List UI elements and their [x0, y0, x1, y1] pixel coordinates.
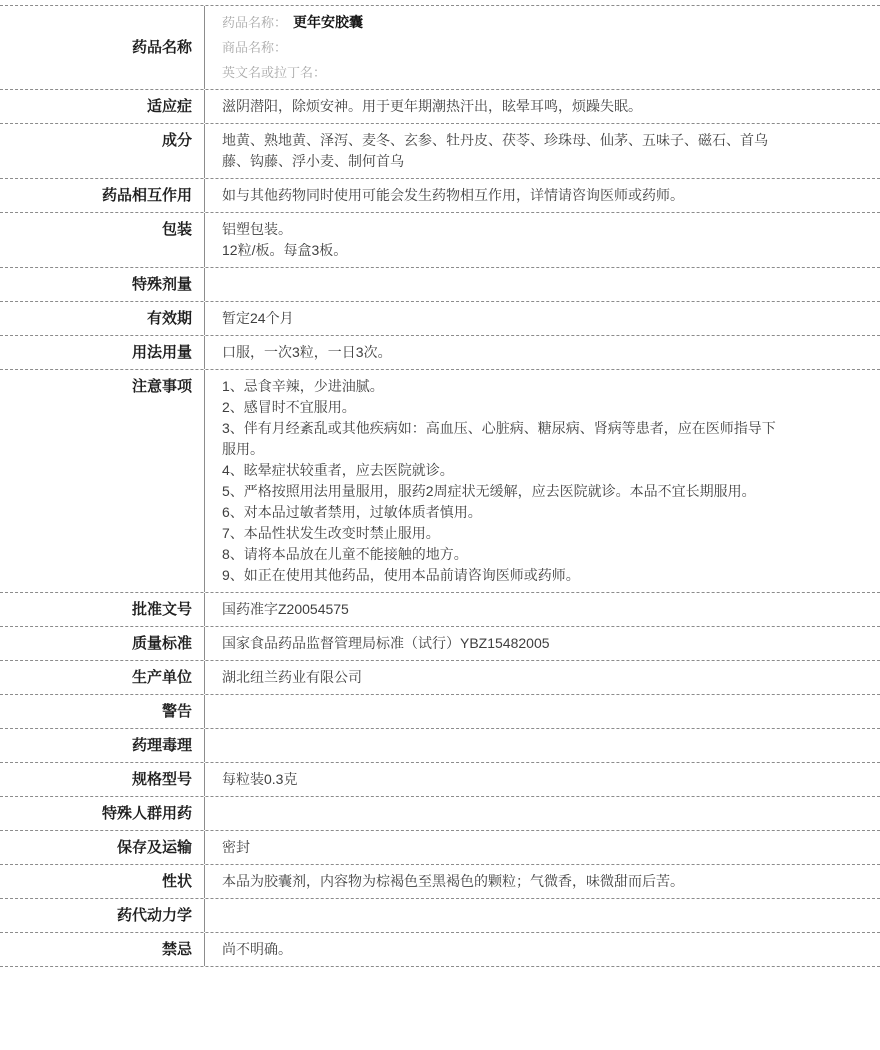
- row-label: 药品名称: [0, 6, 205, 89]
- table-row: 生产单位 湖北纽兰药业有限公司: [0, 661, 880, 695]
- row-label: 药理毒理: [0, 729, 205, 762]
- value-line: 2、感冒时不宜服用。: [222, 397, 787, 418]
- row-label: 注意事项: [0, 370, 205, 592]
- row-label: 批准文号: [0, 593, 205, 626]
- value-line: 5、严格按照用法用量服用，服药2周症状无缓解，应去医院就诊。本品不宜长期服用。: [222, 481, 787, 502]
- row-label: 药代动力学: [0, 899, 205, 932]
- value-line: 4、眩晕症状较重者，应去医院就诊。: [222, 460, 787, 481]
- name-sub-field-label: 商品名称：: [222, 40, 287, 55]
- table-row: 适应症 滋阴潜阳，除烦安神。用于更年期潮热汗出，眩晕耳鸣，烦躁失眠。: [0, 90, 880, 124]
- table-row: 用法用量 口服，一次3粒，一日3次。: [0, 336, 880, 370]
- table-row: 特殊剂量: [0, 268, 880, 302]
- value-line: 9、如正在使用其他药品，使用本品前请咨询医师或药师。: [222, 565, 787, 586]
- row-label: 性状: [0, 865, 205, 898]
- table-row: 保存及运输 密封: [0, 831, 880, 865]
- value-line: 本品为胶囊剂，内容物为棕褐色至黑褐色的颗粒；气微香，味微甜而后苦。: [222, 871, 787, 892]
- value-line: 1、忌食辛辣，少进油腻。: [222, 376, 787, 397]
- value-line: 地黄、熟地黄、泽泻、麦冬、玄参、牡丹皮、茯苓、珍珠母、仙茅、五味子、磁石、首乌藤…: [222, 130, 787, 172]
- row-value: 如与其他药物同时使用可能会发生药物相互作用，详情请咨询医师或药师。: [205, 179, 880, 212]
- row-value: 国家食品药品监督管理局标准（试行）YBZ15482005: [205, 627, 880, 660]
- row-label: 特殊人群用药: [0, 797, 205, 830]
- table-row: 批准文号 国药准字Z20054575: [0, 593, 880, 627]
- value-line: 滋阴潜阳，除烦安神。用于更年期潮热汗出，眩晕耳鸣，烦躁失眠。: [222, 96, 787, 117]
- value-line: 国家食品药品监督管理局标准（试行）YBZ15482005: [222, 633, 787, 654]
- row-label: 用法用量: [0, 336, 205, 369]
- value-line: 如与其他药物同时使用可能会发生药物相互作用，详情请咨询医师或药师。: [222, 185, 787, 206]
- row-label: 警告: [0, 695, 205, 728]
- table-row: 成分 地黄、熟地黄、泽泻、麦冬、玄参、牡丹皮、茯苓、珍珠母、仙茅、五味子、磁石、…: [0, 124, 880, 179]
- value-line: 每粒装0.3克: [222, 769, 787, 790]
- row-label: 成分: [0, 124, 205, 178]
- value-line: 12粒/板。每盒3板。: [222, 240, 787, 261]
- row-value: [205, 268, 880, 301]
- row-value: 密封: [205, 831, 880, 864]
- value-line: 尚不明确。: [222, 939, 787, 960]
- name-sub-field: 商品名称：: [222, 35, 787, 60]
- row-value: 本品为胶囊剂，内容物为棕褐色至黑褐色的颗粒；气微香，味微甜而后苦。: [205, 865, 880, 898]
- value-line: 8、请将本品放在儿童不能接触的地方。: [222, 544, 787, 565]
- row-value: 国药准字Z20054575: [205, 593, 880, 626]
- table-row: 药品相互作用 如与其他药物同时使用可能会发生药物相互作用，详情请咨询医师或药师。: [0, 179, 880, 213]
- row-value: 药品名称：更年安胶囊 商品名称： 英文名或拉丁名：: [205, 6, 880, 89]
- value-line: 3、伴有月经紊乱或其他疾病如：高血压、心脏病、糖尿病、肾病等患者，应在医师指导下…: [222, 418, 787, 460]
- row-value: [205, 729, 880, 762]
- row-value: 湖北纽兰药业有限公司: [205, 661, 880, 694]
- table-row: 包装 铝塑包装。 12粒/板。每盒3板。: [0, 213, 880, 268]
- drug-name-row: 药品名称 药品名称：更年安胶囊 商品名称： 英文名或拉丁名：: [0, 6, 880, 90]
- drug-info-table: 药品名称 药品名称：更年安胶囊 商品名称： 英文名或拉丁名： 适应症 滋阴潜阳，…: [0, 5, 880, 967]
- row-label: 药品相互作用: [0, 179, 205, 212]
- value-line: 暂定24个月: [222, 308, 787, 329]
- row-value: 铝塑包装。 12粒/板。每盒3板。: [205, 213, 880, 267]
- value-line: 密封: [222, 837, 787, 858]
- row-label: 有效期: [0, 302, 205, 335]
- table-row: 性状 本品为胶囊剂，内容物为棕褐色至黑褐色的颗粒；气微香，味微甜而后苦。: [0, 865, 880, 899]
- row-value: [205, 695, 880, 728]
- value-line: 7、本品性状发生改变时禁止服用。: [222, 523, 787, 544]
- row-label: 禁忌: [0, 933, 205, 966]
- row-value: [205, 899, 880, 932]
- table-row: 质量标准 国家食品药品监督管理局标准（试行）YBZ15482005: [0, 627, 880, 661]
- row-value: 暂定24个月: [205, 302, 880, 335]
- row-value: 口服，一次3粒，一日3次。: [205, 336, 880, 369]
- table-row: 特殊人群用药: [0, 797, 880, 831]
- table-row: 警告: [0, 695, 880, 729]
- table-row: 有效期 暂定24个月: [0, 302, 880, 336]
- table-row: 药代动力学: [0, 899, 880, 933]
- row-label: 保存及运输: [0, 831, 205, 864]
- row-value: 尚不明确。: [205, 933, 880, 966]
- table-row: 禁忌 尚不明确。: [0, 933, 880, 967]
- name-sub-field: 英文名或拉丁名：: [222, 60, 787, 85]
- name-sub-field-label: 药品名称：: [222, 15, 287, 30]
- row-label: 特殊剂量: [0, 268, 205, 301]
- row-value: 1、忌食辛辣，少进油腻。 2、感冒时不宜服用。 3、伴有月经紊乱或其他疾病如：高…: [205, 370, 880, 592]
- row-value: 滋阴潜阳，除烦安神。用于更年期潮热汗出，眩晕耳鸣，烦躁失眠。: [205, 90, 880, 123]
- row-label: 规格型号: [0, 763, 205, 796]
- row-label: 适应症: [0, 90, 205, 123]
- row-value: 地黄、熟地黄、泽泻、麦冬、玄参、牡丹皮、茯苓、珍珠母、仙茅、五味子、磁石、首乌藤…: [205, 124, 880, 178]
- row-value: 每粒装0.3克: [205, 763, 880, 796]
- value-line: 口服，一次3粒，一日3次。: [222, 342, 787, 363]
- name-sub-field-value: 更年安胶囊: [293, 14, 363, 30]
- value-line: 湖北纽兰药业有限公司: [222, 667, 787, 688]
- table-row: 注意事项 1、忌食辛辣，少进油腻。 2、感冒时不宜服用。 3、伴有月经紊乱或其他…: [0, 370, 880, 593]
- name-sub-field: 药品名称：更年安胶囊: [222, 10, 787, 35]
- row-label: 生产单位: [0, 661, 205, 694]
- row-label: 包装: [0, 213, 205, 267]
- name-sub-field-label: 英文名或拉丁名：: [222, 65, 326, 80]
- table-row: 药理毒理: [0, 729, 880, 763]
- row-value: [205, 797, 880, 830]
- value-line: 6、对本品过敏者禁用，过敏体质者慎用。: [222, 502, 787, 523]
- row-label: 质量标准: [0, 627, 205, 660]
- value-line: 国药准字Z20054575: [222, 599, 787, 620]
- table-row: 规格型号 每粒装0.3克: [0, 763, 880, 797]
- value-line: 铝塑包装。: [222, 219, 787, 240]
